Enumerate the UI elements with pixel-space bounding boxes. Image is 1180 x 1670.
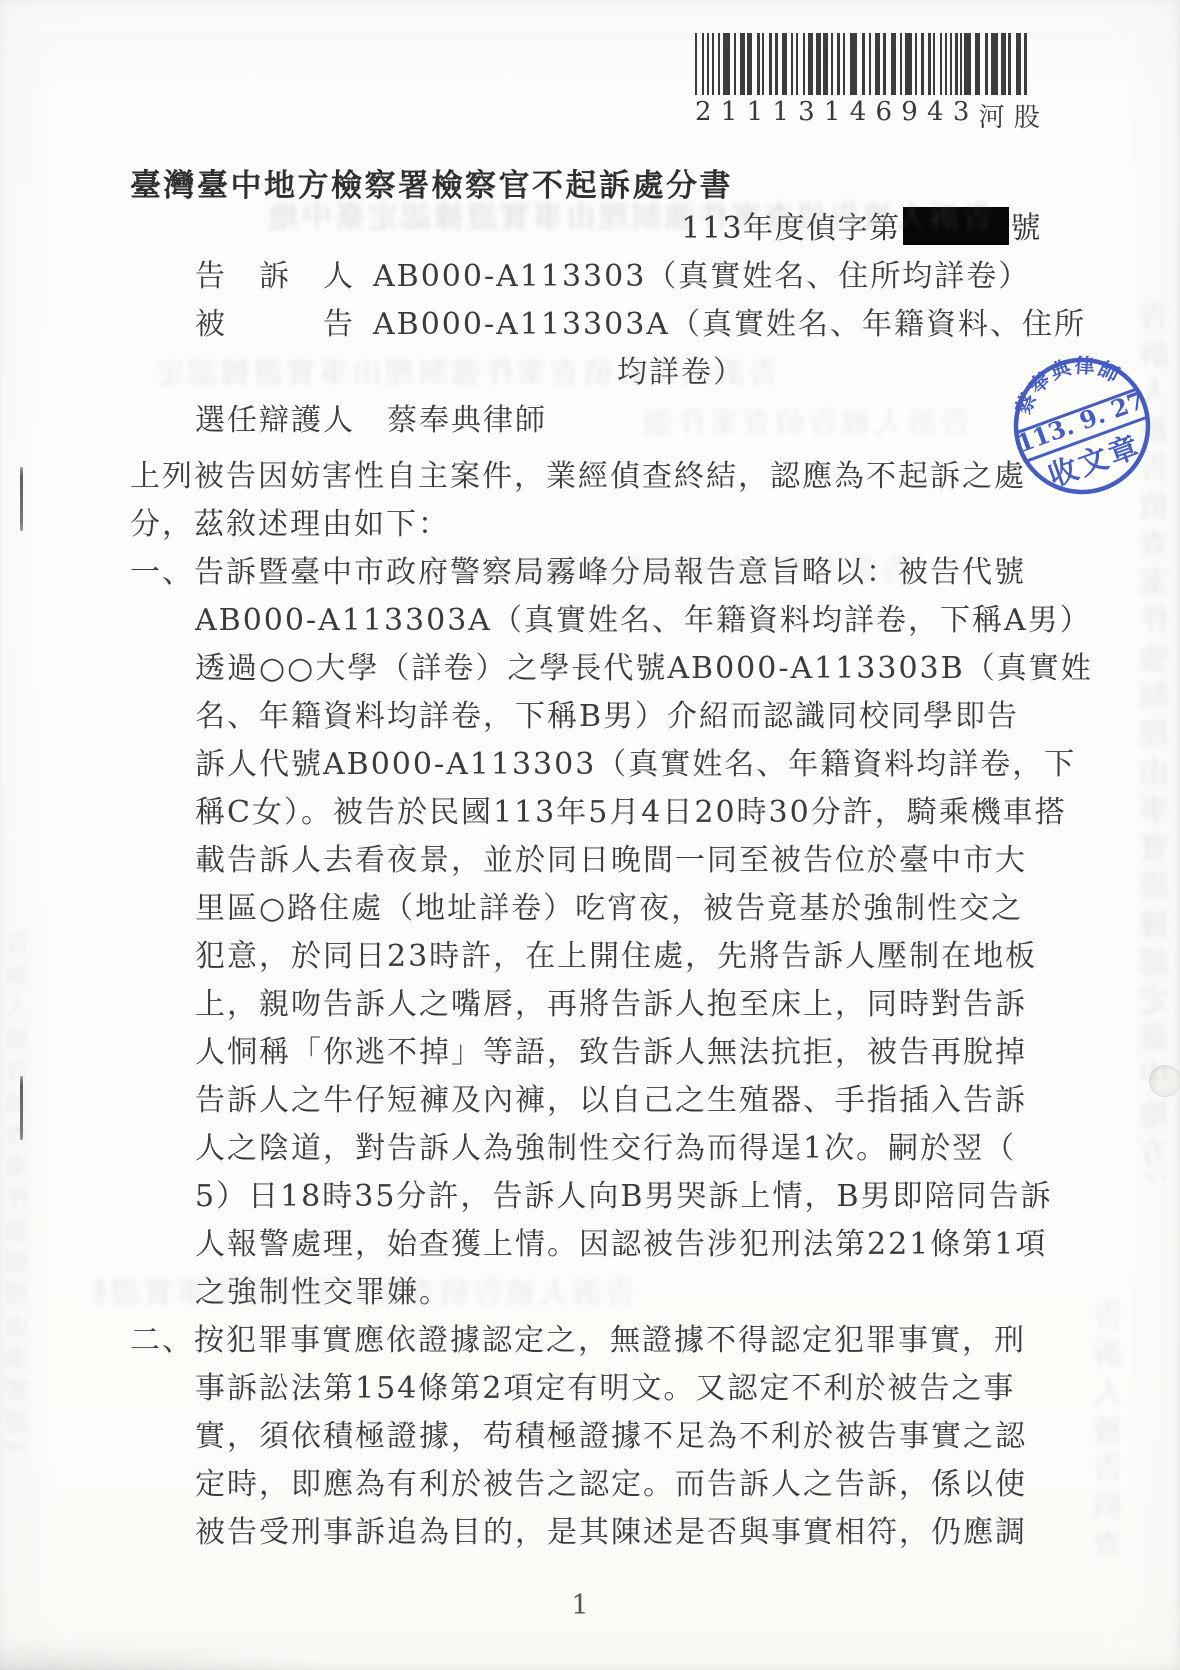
body-line: 分，茲敘述理由如下： <box>130 501 1055 549</box>
body-line: 之強制性交罪嫌。 <box>130 1269 1055 1317</box>
complainant-value: AB000-A113303（真實姓名、住所均詳卷） <box>373 259 1030 294</box>
body-line: 告訴人之牛仔短褲及內褲，以自己之生殖器、手指插入告訴 <box>130 1077 1055 1125</box>
barcode-char: 3 <box>798 97 815 134</box>
case-number-prefix: 113年度偵字第 <box>681 211 900 246</box>
defendant-label: 被 告 <box>195 301 355 349</box>
body-line: 訴人代號AB000-A113303（真實姓名、年籍資料均詳卷，下 <box>130 741 1055 789</box>
body-line: 二、按犯罪事實應依證據認定之，無證據不得認定犯罪事實，刑 <box>130 1317 1055 1365</box>
body-line: 5）日18時35分許，告訴人向B男哭訴上情，B男即陪同告訴 <box>130 1173 1055 1221</box>
body-line: 透過○○大學（詳卷）之學長代號AB000-A113303B（真實姓 <box>130 645 1055 693</box>
barcode-char: 6 <box>875 97 892 134</box>
body-line: 事訴訟法第154條第2項定有明文。又認定不利於被告之事 <box>130 1365 1055 1413</box>
barcode-char: 4 <box>850 97 867 134</box>
bleedthrough-artifact: 告訴人被告偵查案件強制理由事實證據認定臺中地方檢察署警察局報告意旨略以真實姓名年… <box>1090 1300 1134 1560</box>
counsel-row: 選任辯護人蔡奉典律師 <box>130 397 1055 445</box>
body-line: 一、告訴暨臺中市政府警察局霧峰分局報告意旨略以：被告代號 <box>130 549 1055 597</box>
body-line: AB000-A113303A（真實姓名、年籍資料均詳卷，下稱A男） <box>130 597 1055 645</box>
barcode-char: 9 <box>901 97 918 134</box>
barcode-char: 股 <box>1014 97 1040 134</box>
barcode-char: 2 <box>695 97 712 134</box>
defendant-value-continuation: 均詳卷） <box>130 349 1055 397</box>
body-line: 人報警處理，始查獲上情。因認被告涉犯刑法第221條第1項 <box>130 1221 1055 1269</box>
barcode-char: 1 <box>772 97 789 134</box>
case-number-suffix: 號 <box>1011 211 1043 246</box>
document-body: 告 訴 人AB000-A113303（真實姓名、住所均詳卷） 被 告AB000-… <box>130 253 1055 1557</box>
barcode-char: 1 <box>721 97 738 134</box>
barcode-char: 4 <box>927 97 944 134</box>
body-line: 名、年籍資料均詳卷，下稱B男）介紹而認識同校同學即告 <box>130 693 1055 741</box>
barcode-char: 河 <box>979 97 1005 134</box>
body-line: 上，親吻告訴人之嘴唇，再將告訴人抱至床上，同時對告訴 <box>130 981 1055 1029</box>
page-number: 1 <box>0 1590 1160 1621</box>
body-line: 人之陰道，對告訴人為強制性交行為而得逞1次。嗣於翌（ <box>130 1125 1055 1173</box>
receipt-stamp: 蔡奉典律師 113. 9. 27 收文章 <box>1006 350 1158 502</box>
body-line: 稱C女）。被告於民國113年5月4日20時30分許，騎乘機車搭 <box>130 789 1055 837</box>
body-line: 里區○路住處（地址詳卷）吃宵夜，被告竟基於強制性交之 <box>130 885 1055 933</box>
defendant-row: 被 告AB000-A113303A（真實姓名、年籍資料、住所 <box>130 301 1055 349</box>
staple-mark-top <box>20 467 23 531</box>
barcode-block: 21113146943河股 <box>695 33 1040 134</box>
punch-hole-mark <box>1150 1066 1180 1096</box>
body-line: 載告訴人去看夜景，並於同日晚間一同至被告位於臺中市大 <box>130 837 1055 885</box>
counsel-label: 選任辯護人 <box>195 403 355 438</box>
scanned-document-page: 21113146943河股 臺灣臺中地方檢察署檢察官不起訴處分書 113年度偵字… <box>0 0 1180 1670</box>
barcode-label: 21113146943河股 <box>695 97 1040 134</box>
body-line: 犯意，於同日23時許，在上開住處，先將告訴人壓制在地板 <box>130 933 1055 981</box>
complainant-row: 告 訴 人AB000-A113303（真實姓名、住所均詳卷） <box>130 253 1055 301</box>
case-number-line: 113年度偵字第號 <box>681 203 1042 247</box>
scan-shadow <box>0 1636 340 1670</box>
barcode-char: 3 <box>953 97 970 134</box>
complainant-label: 告 訴 人 <box>195 253 355 301</box>
counsel-value: 蔡奉典律師 <box>387 403 547 438</box>
body-line: 被告受刑事訴追為目的，是其陳述是否與事實相符，仍應調 <box>130 1509 1055 1557</box>
staple-mark-bottom <box>20 1076 23 1140</box>
defendant-value: AB000-A113303A（真實姓名、年籍資料、住所 <box>373 307 1086 342</box>
barcode <box>695 33 1035 95</box>
redaction-box <box>903 207 1009 245</box>
barcode-char: 1 <box>747 97 764 134</box>
bleedthrough-artifact: 告訴人被告偵查案件強制理由事實證據認定臺中地方檢察署警察局報告意旨略以真實姓名年… <box>2 930 37 1450</box>
document-title: 臺灣臺中地方檢察署檢察官不起訴處分書 <box>130 160 733 205</box>
body-paragraphs: 上列被告因妨害性自主案件，業經偵查終結，認應為不起訴之處分，茲敘述理由如下：一、… <box>130 453 1055 1557</box>
body-line: 實，須依積極證據，苟積極證據不足為不利於被告事實之認 <box>130 1413 1055 1461</box>
barcode-char: 1 <box>824 97 841 134</box>
body-line: 人恫稱「你逃不掉」等語，致告訴人無法抗拒，被告再脫掉 <box>130 1029 1055 1077</box>
body-line: 上列被告因妨害性自主案件，業經偵查終結，認應為不起訴之處 <box>130 453 1055 501</box>
body-line: 定時，即應為有利於被告之認定。而告訴人之告訴，係以使 <box>130 1461 1055 1509</box>
